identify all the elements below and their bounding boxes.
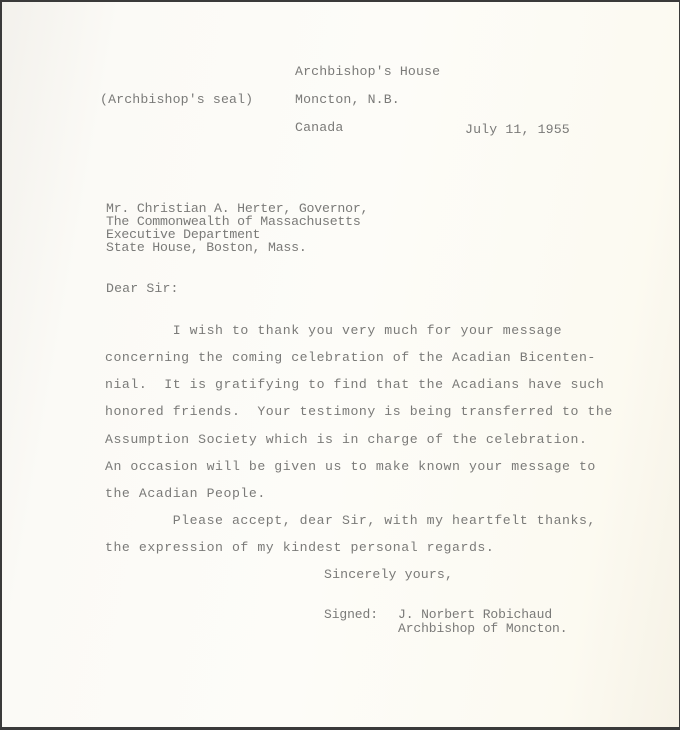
body-line: An occasion will be given us to make kno… — [105, 460, 596, 473]
body-line: concerning the coming celebration of the… — [105, 351, 596, 364]
body-line: nial. It is gratifying to find that the … — [105, 378, 604, 391]
body-line: I wish to thank you very much for your m… — [105, 324, 562, 337]
letterhead-address-line-2: Moncton, N.B. — [295, 93, 400, 106]
body-line: Please accept, dear Sir, with my heartfe… — [105, 514, 596, 527]
signer-name: J. Norbert Robichaud — [398, 608, 552, 621]
body-line: honored friends. Your testimony is being… — [105, 405, 613, 418]
seal-note: (Archbishop's seal) — [100, 93, 253, 106]
salutation: Dear Sir: — [106, 282, 179, 295]
letterhead-address-line-1: Archbishop's House — [295, 65, 440, 78]
letter-date: July 11, 1955 — [465, 123, 570, 136]
body-line: the expression of my kindest personal re… — [105, 541, 494, 554]
signature-label: Signed: — [324, 608, 378, 621]
body-line: the Acadian People. — [105, 487, 266, 500]
signer-title: Archbishop of Moncton. — [398, 622, 567, 635]
recipient-line: State House, Boston, Mass. — [106, 241, 307, 254]
body-line: Assumption Society which is in charge of… — [105, 433, 587, 446]
closing: Sincerely yours, — [324, 568, 453, 581]
letter-page: Archbishop's House (Archbishop's seal) M… — [2, 2, 679, 727]
letterhead-address-line-3: Canada — [295, 121, 343, 134]
